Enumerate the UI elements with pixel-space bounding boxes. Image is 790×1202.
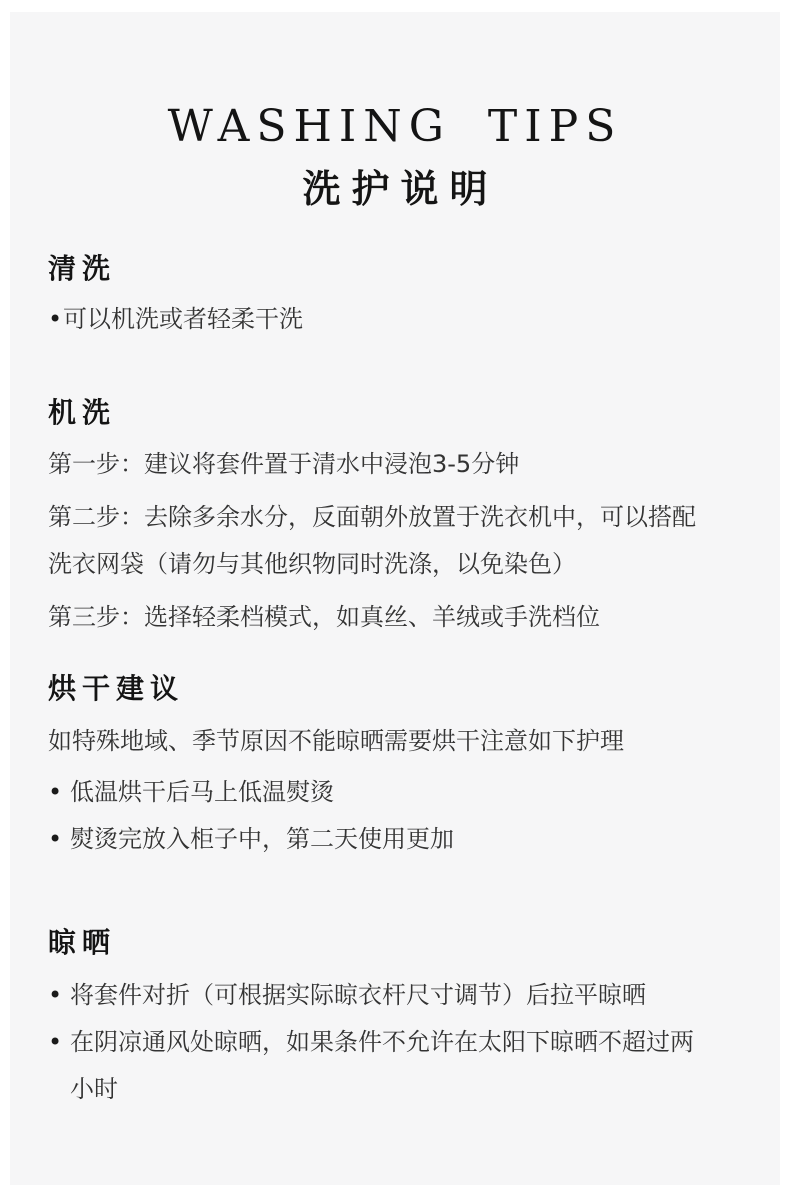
- bullet-item: 可以机洗或者轻柔干洗: [48, 296, 708, 343]
- page-title-english: WASHING TIPS: [48, 98, 742, 155]
- step-paragraph: 第一步：建议将套件置于清水中浸泡3-5分钟: [48, 441, 708, 488]
- sections-container: 清洗可以机洗或者轻柔干洗机洗第一步：建议将套件置于清水中浸泡3-5分钟第二步：去…: [48, 251, 742, 1114]
- page-title-chinese: 洗护说明: [48, 165, 742, 214]
- bullet-item: 在阴凉通风处晾晒，如果条件不允许在太阳下晾晒不超过两小时: [48, 1019, 708, 1113]
- section-qingxi: 清洗可以机洗或者轻柔干洗: [48, 251, 742, 343]
- step-paragraph: 第二步：去除多余水分，反面朝外放置于洗衣机中，可以搭配洗衣网袋（请勿与其他织物同…: [48, 494, 708, 588]
- section-jixi: 机洗第一步：建议将套件置于清水中浸泡3-5分钟第二步：去除多余水分，反面朝外放置…: [48, 395, 742, 642]
- section-heading: 烘干建议: [48, 671, 742, 708]
- bullet-list: 低温烘干后马上低温熨烫熨烫完放入柜子中，第二天使用更加: [48, 769, 742, 863]
- step-paragraph: 第三步：选择轻柔档模式，如真丝、羊绒或手洗档位: [48, 594, 708, 641]
- section-intro: 如特殊地域、季节原因不能晾晒需要烘干注意如下护理: [48, 718, 708, 765]
- bullet-item: 将套件对折（可根据实际晾衣杆尺寸调节）后拉平晾晒: [48, 972, 708, 1019]
- section-liangshai: 晾晒将套件对折（可根据实际晾衣杆尺寸调节）后拉平晾晒在阴凉通风处晾晒，如果条件不…: [48, 925, 742, 1113]
- bullet-item: 低温烘干后马上低温熨烫: [48, 769, 708, 816]
- section-heading: 机洗: [48, 395, 742, 432]
- section-honggan-jianyi: 烘干建议如特殊地域、季节原因不能晾晒需要烘干注意如下护理低温烘干后马上低温熨烫熨…: [48, 671, 742, 863]
- bullet-item: 熨烫完放入柜子中，第二天使用更加: [48, 816, 708, 863]
- section-heading: 晾晒: [48, 925, 742, 962]
- section-heading: 清洗: [48, 251, 742, 288]
- panel-content: WASHING TIPS 洗护说明 清洗可以机洗或者轻柔干洗机洗第一步：建议将套…: [10, 98, 780, 1113]
- bullet-list: 可以机洗或者轻柔干洗: [48, 296, 742, 343]
- bullet-list: 将套件对折（可根据实际晾衣杆尺寸调节）后拉平晾晒在阴凉通风处晾晒，如果条件不允许…: [48, 972, 742, 1113]
- washing-tips-panel: WASHING TIPS 洗护说明 清洗可以机洗或者轻柔干洗机洗第一步：建议将套…: [10, 12, 780, 1185]
